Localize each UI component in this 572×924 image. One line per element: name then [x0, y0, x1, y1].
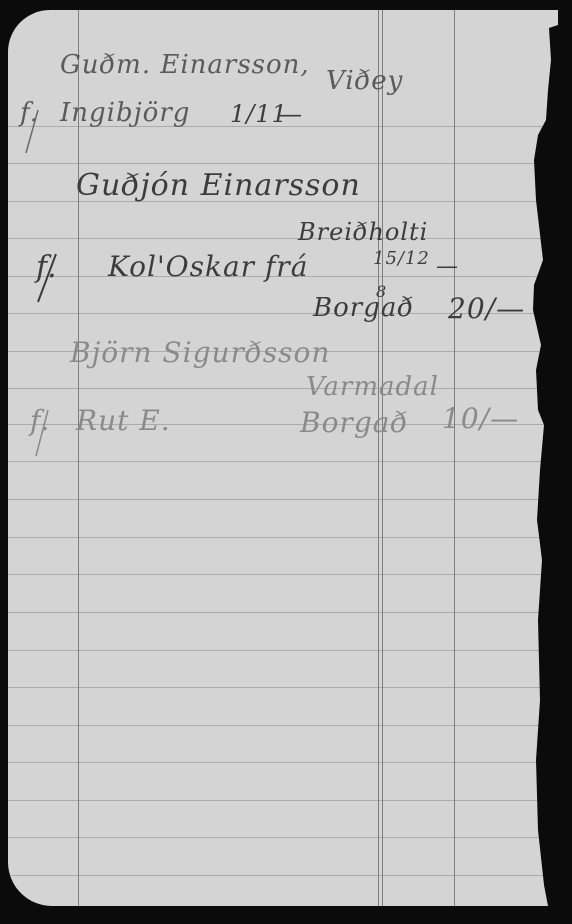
torn-edge [0, 0, 572, 924]
